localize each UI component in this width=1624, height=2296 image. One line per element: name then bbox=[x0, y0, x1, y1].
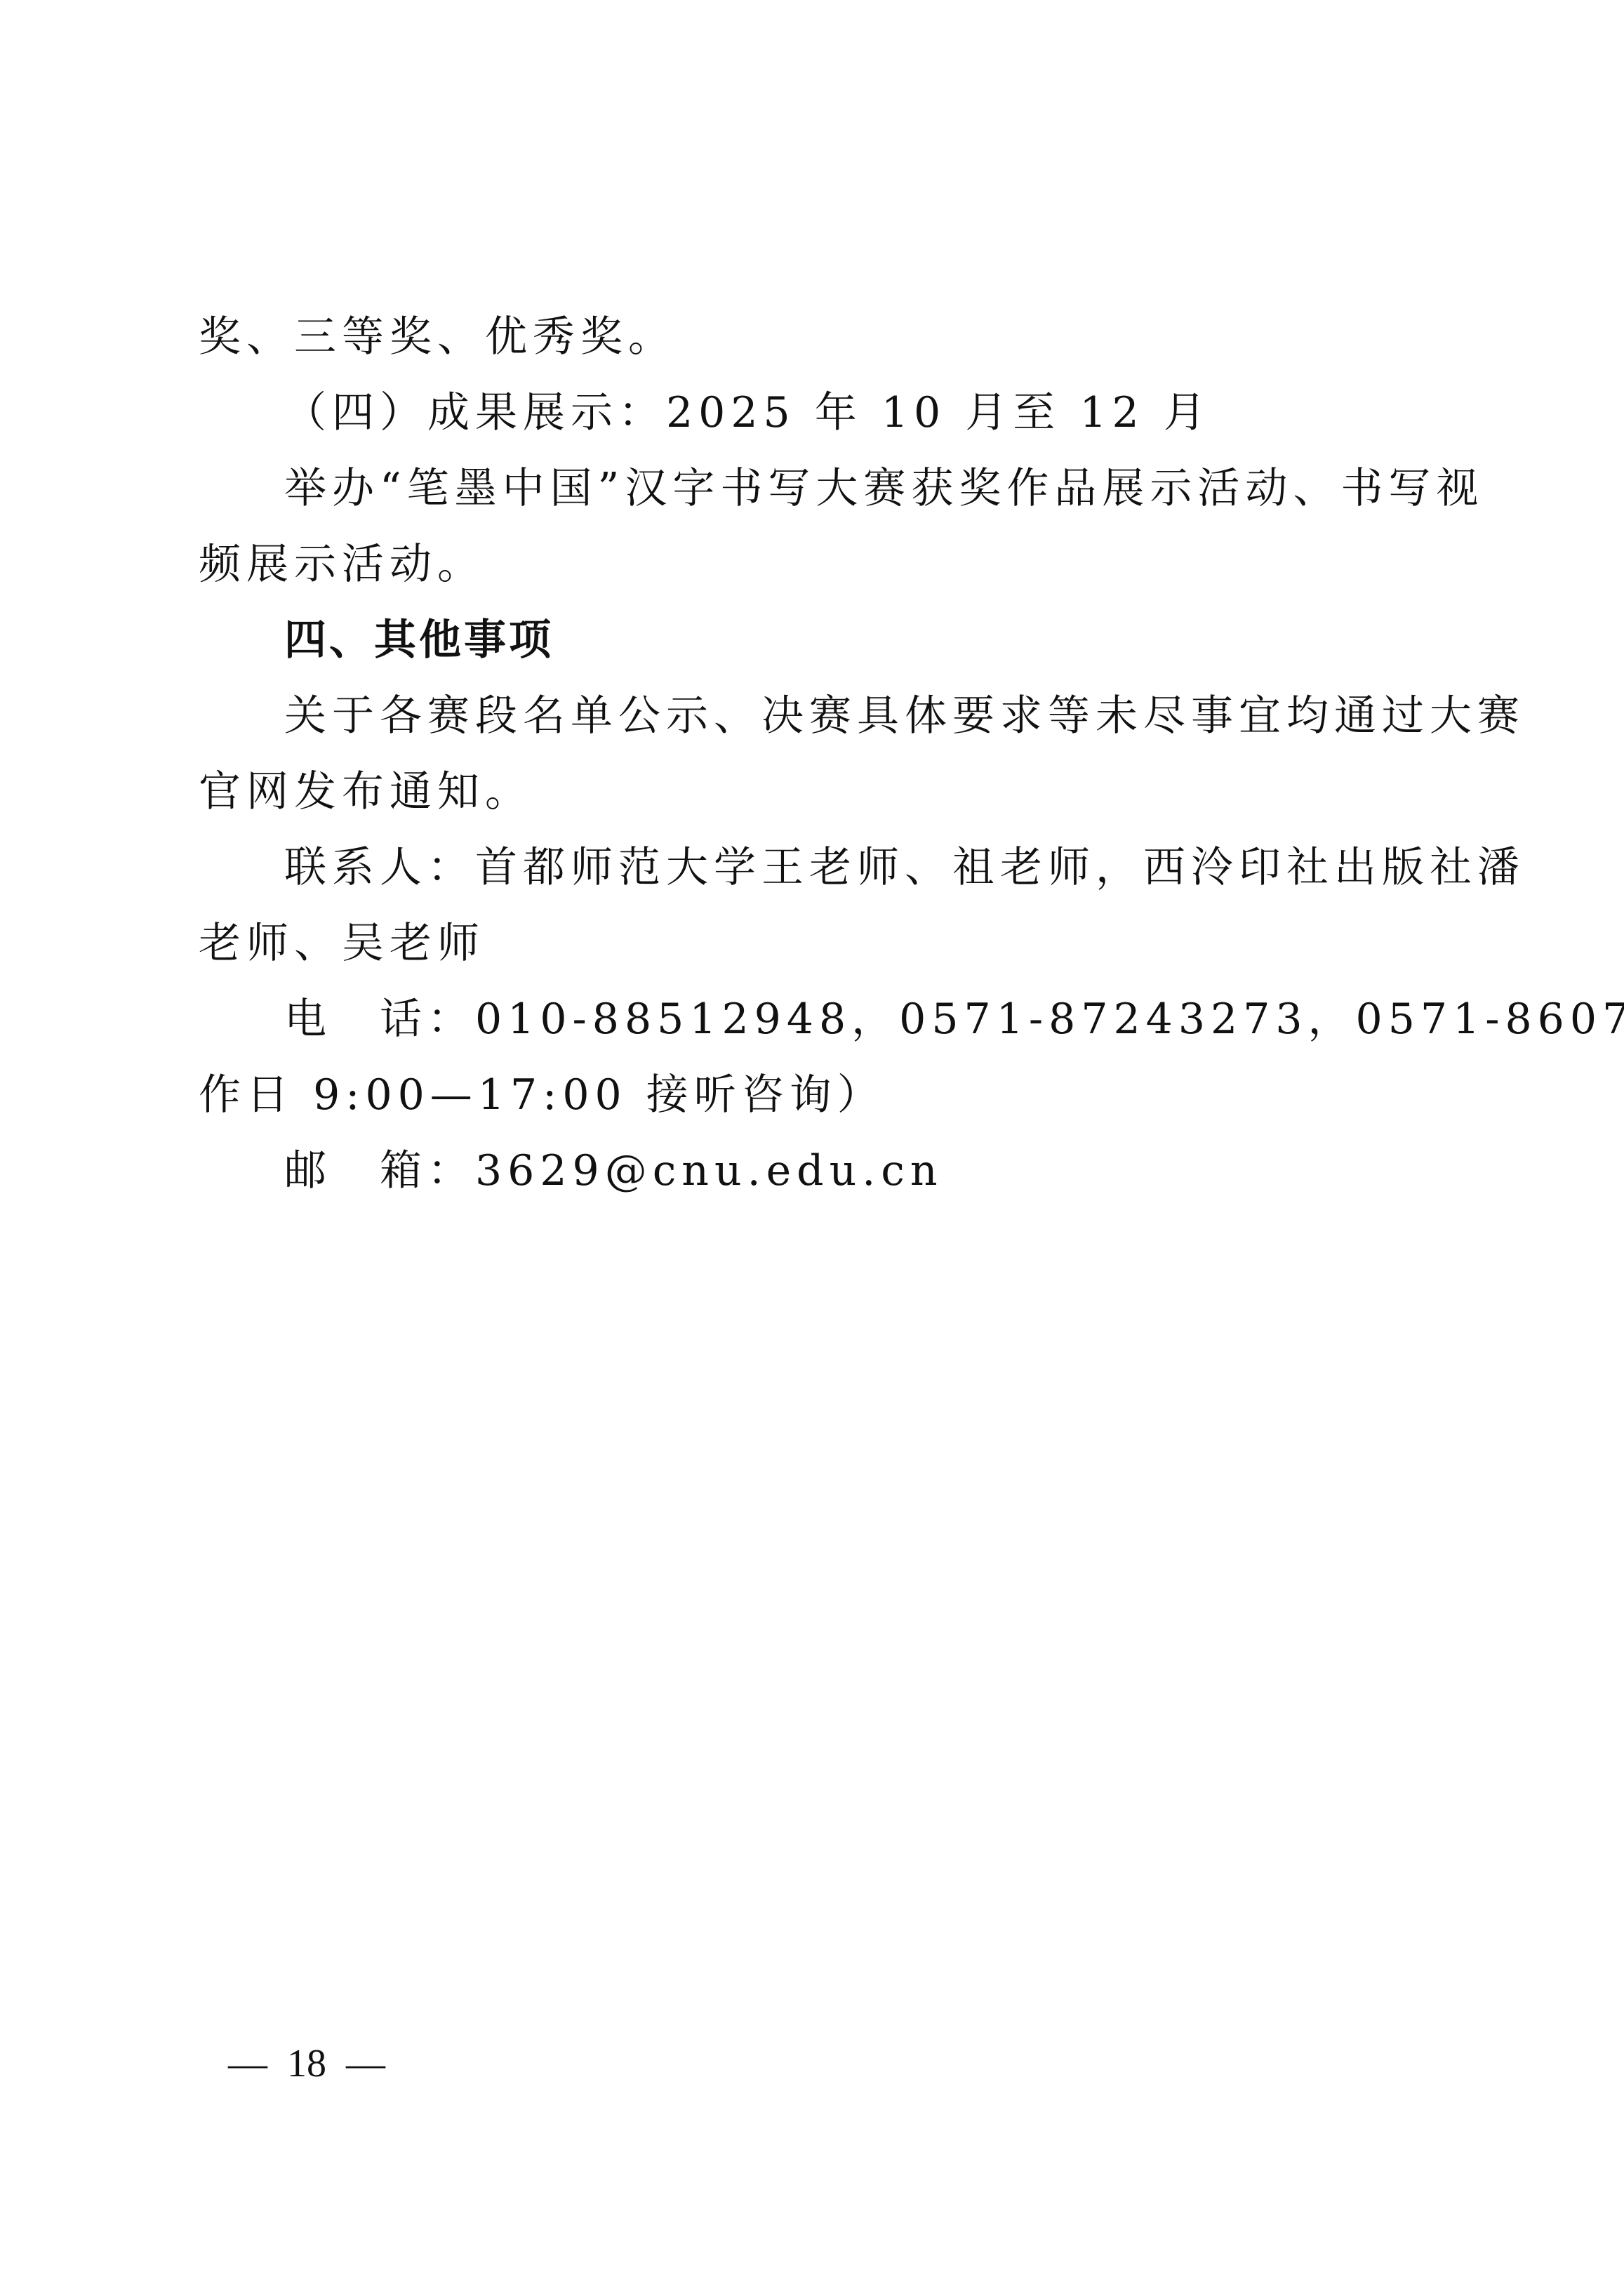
paragraph-line-exhibition-cont: 频展示活动。 bbox=[199, 536, 1434, 592]
paragraph-line-exhibition: 举办“笔墨中国”汉字书写大赛获奖作品展示活动、书写视 bbox=[284, 460, 1434, 517]
paragraph-line-announcements-cont: 官网发布通知。 bbox=[199, 764, 1434, 820]
paragraph-line-award-continuation: 奖、三等奖、优秀奖。 bbox=[199, 309, 1434, 365]
phone-line: 电 话：010-88512948，0571-87243273，0571-8607… bbox=[284, 991, 1434, 1047]
paragraph-line-announcements: 关于各赛段名单公示、决赛具体要求等未尽事宜均通过大赛 bbox=[284, 688, 1434, 744]
phone-hours-line: 作日 9:00—17:00 接听咨询） bbox=[199, 1067, 1434, 1123]
section-heading-other-matters: 四、其他事项 bbox=[284, 612, 1519, 668]
contact-persons-line: 联系人：首都师范大学王老师、祖老师，西泠印社出版社潘 bbox=[284, 840, 1434, 896]
email-line: 邮 箱：3629@cnu.edu.cn bbox=[284, 1143, 1519, 1199]
subsection-heading-results-display: （四）成果展示：2025 年 10 月至 12 月 bbox=[284, 385, 1519, 441]
document-page: 奖、三等奖、优秀奖。 （四）成果展示：2025 年 10 月至 12 月 举办“… bbox=[0, 0, 1624, 2296]
contact-persons-line-cont: 老师、吴老师 bbox=[199, 915, 1434, 971]
page-number: — 18 — bbox=[228, 2039, 385, 2088]
